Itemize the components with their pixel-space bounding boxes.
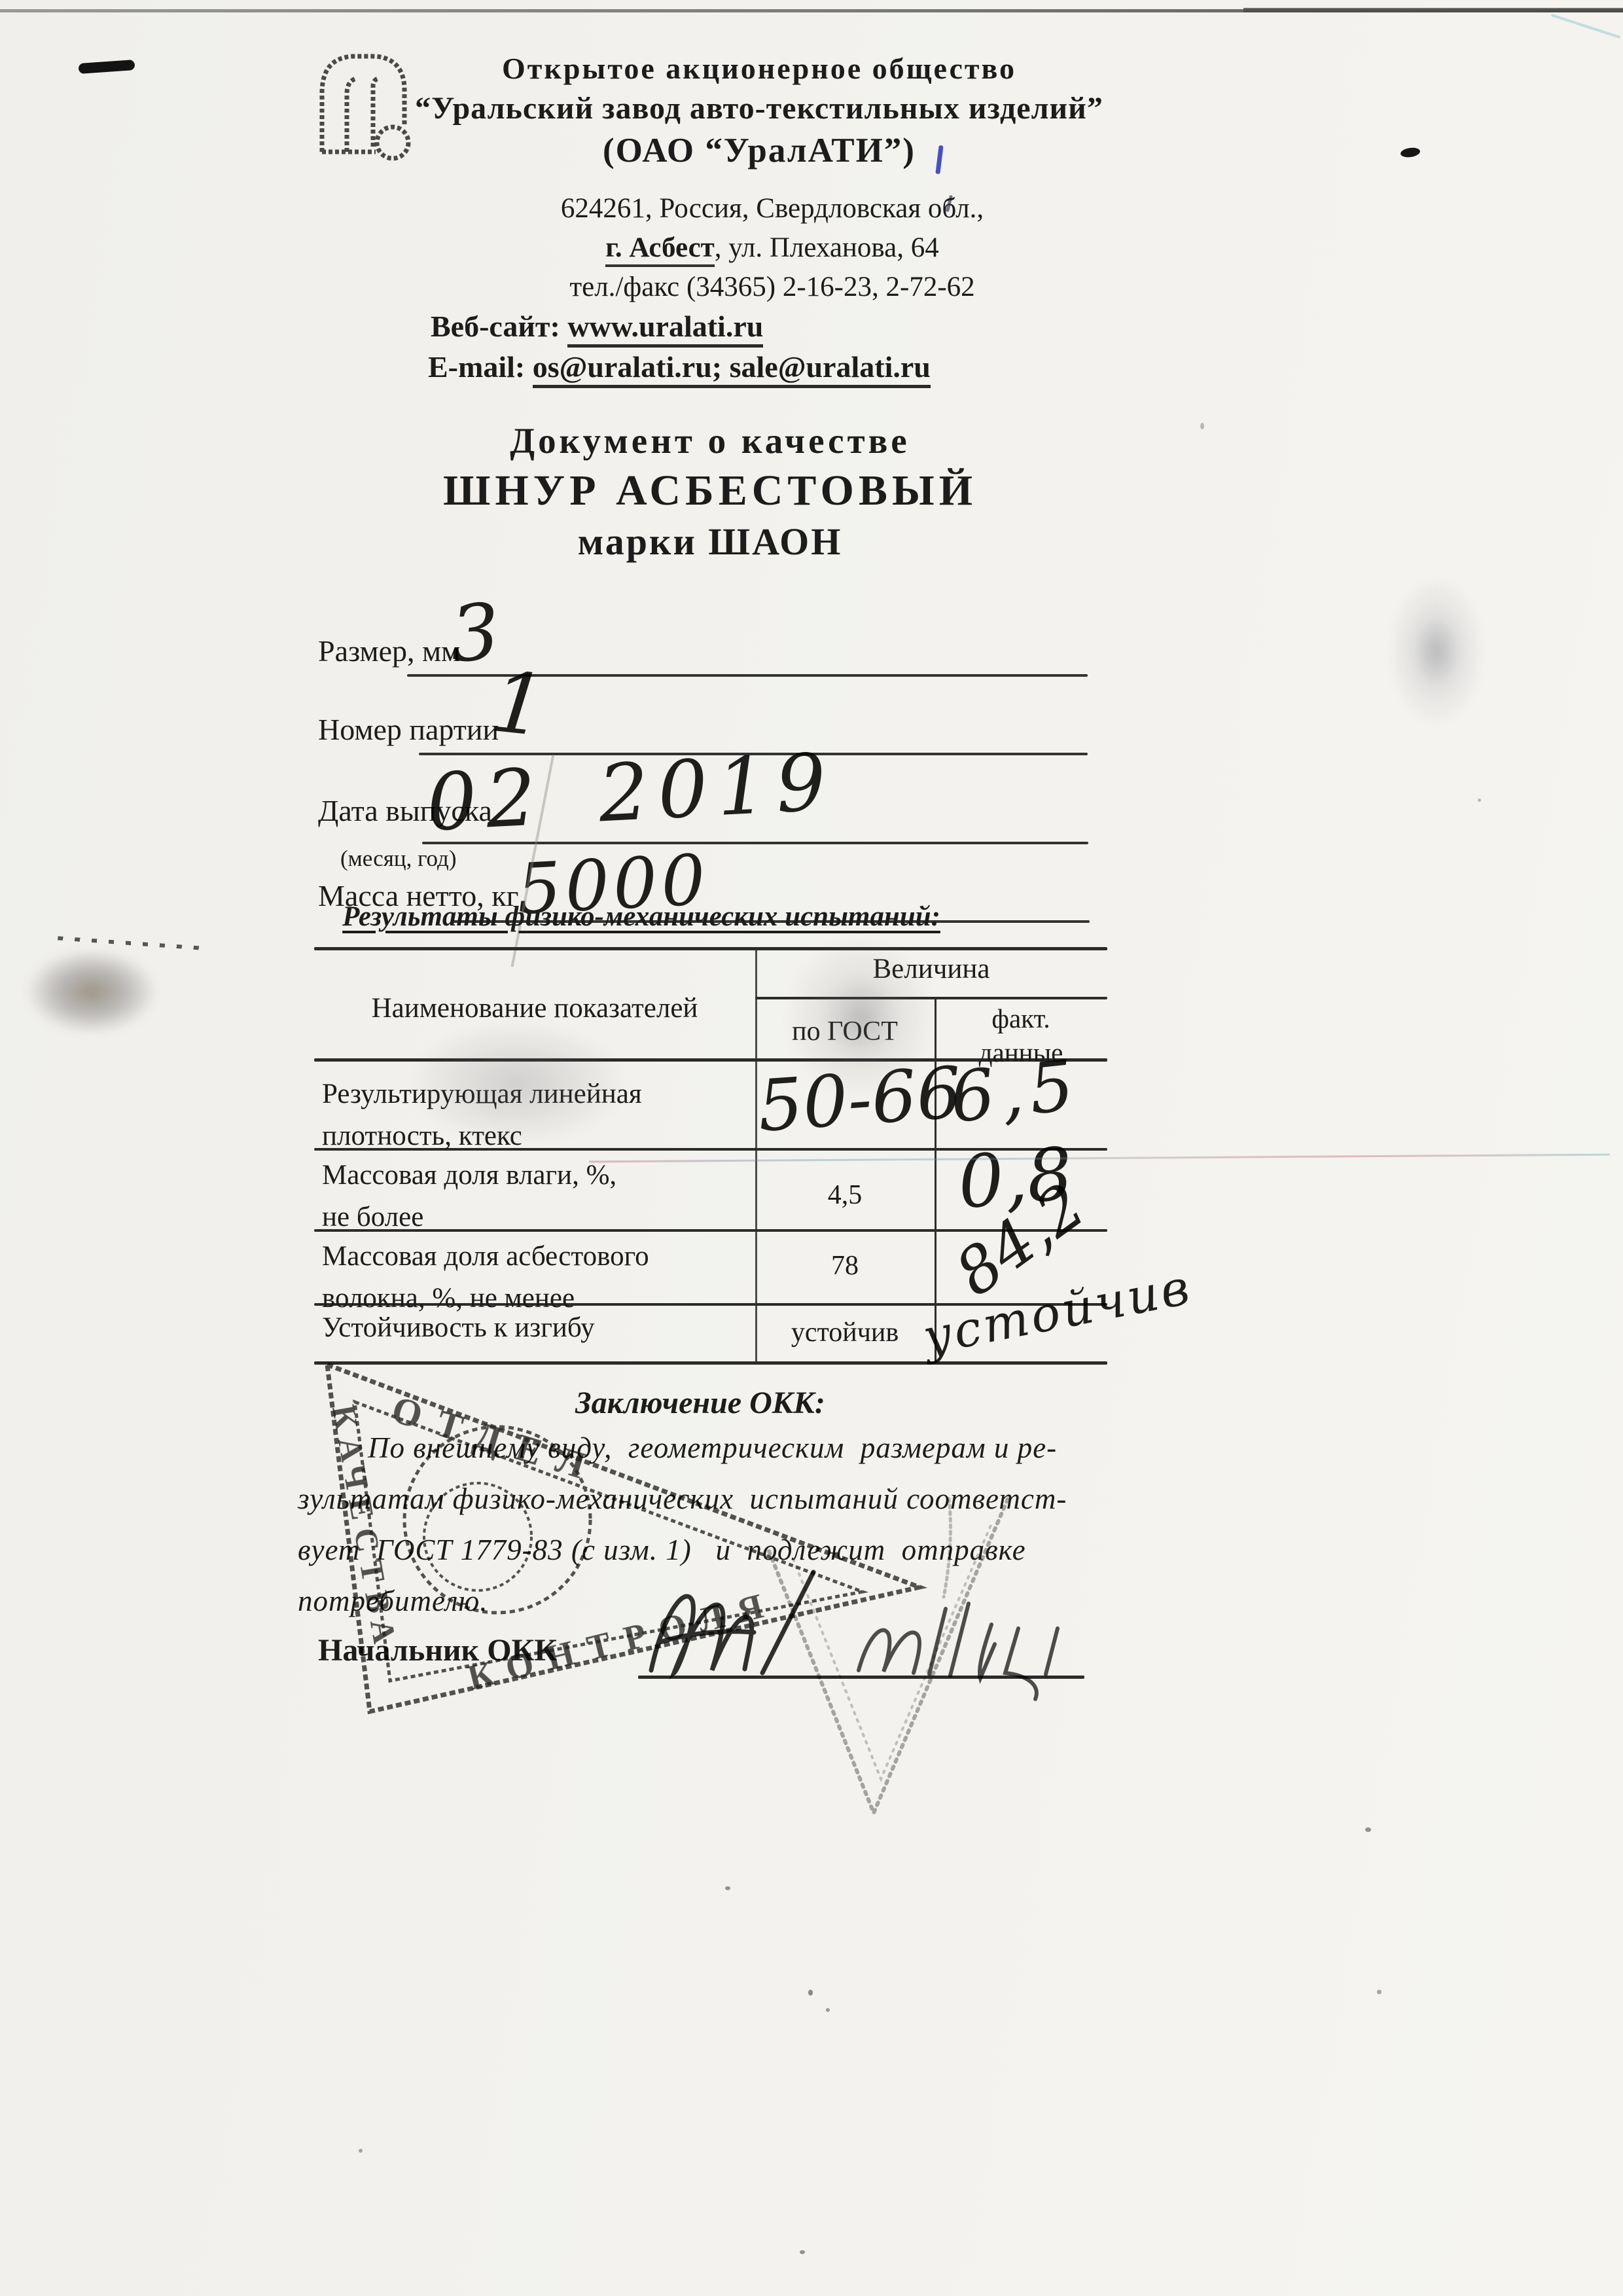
speck: [826, 2008, 830, 2012]
address-line2: г. Асбест, ул. Плеханова, 64: [419, 232, 1126, 264]
row3-name: Массовая доля асбестовоговолокна, %, не …: [322, 1236, 754, 1319]
stain-table-header: [785, 936, 936, 1100]
field-size-value: 3: [447, 586, 503, 680]
row1-fact-value: 6,5: [946, 1045, 1084, 1138]
blue-scratch-topright: [1551, 14, 1620, 39]
quality-certificate-scan: Открытое акционерное общество “Уральский…: [0, 0, 1623, 2296]
address-city: г. Асбест: [605, 232, 715, 267]
stain-left-edge: [26, 949, 157, 1034]
org-type: Открытое акционерное общество: [393, 51, 1126, 86]
stain-table-name: [406, 1021, 628, 1145]
product-title: ШНУР АСБЕСТОВЫЙ: [330, 466, 1090, 516]
speck: [1377, 1990, 1382, 1994]
speck: [1478, 798, 1481, 802]
ink-blob-topright: [1400, 147, 1421, 158]
speck: [1200, 423, 1204, 429]
address-line1: 624261, Россия, Свердловская обл.,: [419, 192, 1126, 224]
email-line: E-mail: os@uralati.ru; sale@uralati.ru: [428, 350, 931, 384]
stamp-text-left: КАЧЕСТВА: [325, 1402, 405, 1655]
speck: [725, 1886, 730, 1890]
email-label: E-mail:: [428, 350, 533, 384]
phone-line: тел./факс (34365) 2-16-23, 2-72-62: [419, 271, 1126, 303]
speck: [359, 2149, 363, 2153]
results-section-title: Результаты физико-механических испытаний…: [314, 901, 969, 933]
speck: [808, 1990, 813, 1996]
col-header-name: Наименование показателей: [314, 992, 755, 1024]
row2-name: Массовая доля влаги, %,не более: [322, 1155, 754, 1238]
stamp-text-top: ОТДЕЛ: [387, 1388, 607, 1492]
website-url: www.uralati.ru: [567, 310, 763, 348]
grade-title: марки ШАОН: [344, 520, 1077, 564]
field-date-sublabel: (месяц, год): [340, 846, 457, 872]
stain-right-margin: [1387, 576, 1486, 726]
field-batch-label: Номер партии: [318, 712, 499, 747]
scan-edge-line-dark: [1243, 8, 1623, 12]
table-border-top: [314, 947, 1107, 950]
speck: [800, 2250, 805, 2254]
field-size-label: Размер, мм: [318, 634, 460, 668]
ink-streak-topleft: [79, 60, 135, 74]
org-short-name: (ОАО “УралАТИ”): [393, 131, 1126, 170]
website-line: Веб-сайт: www.uralati.ru: [431, 309, 763, 344]
field-batch-value: 1: [487, 653, 550, 756]
col-header-fact-line1: факт.: [991, 1003, 1050, 1033]
org-name: “Уральский завод авто-текстильных издели…: [353, 90, 1165, 126]
website-label: Веб-сайт:: [431, 310, 567, 343]
doc-title: Документ о качестве: [344, 420, 1077, 461]
row2-gost-value: 4,5: [755, 1179, 935, 1211]
speck: [1365, 1827, 1371, 1832]
table-divider-1: [755, 947, 757, 1363]
address-street: , ул. Плеханова, 64: [715, 232, 939, 263]
faint-triangle-stamp: [733, 1473, 1047, 1839]
email-value: os@uralati.ru; sale@uralati.ru: [533, 350, 931, 388]
ink-dot-trail: [58, 936, 202, 950]
row3-gost-value: 78: [755, 1250, 935, 1282]
